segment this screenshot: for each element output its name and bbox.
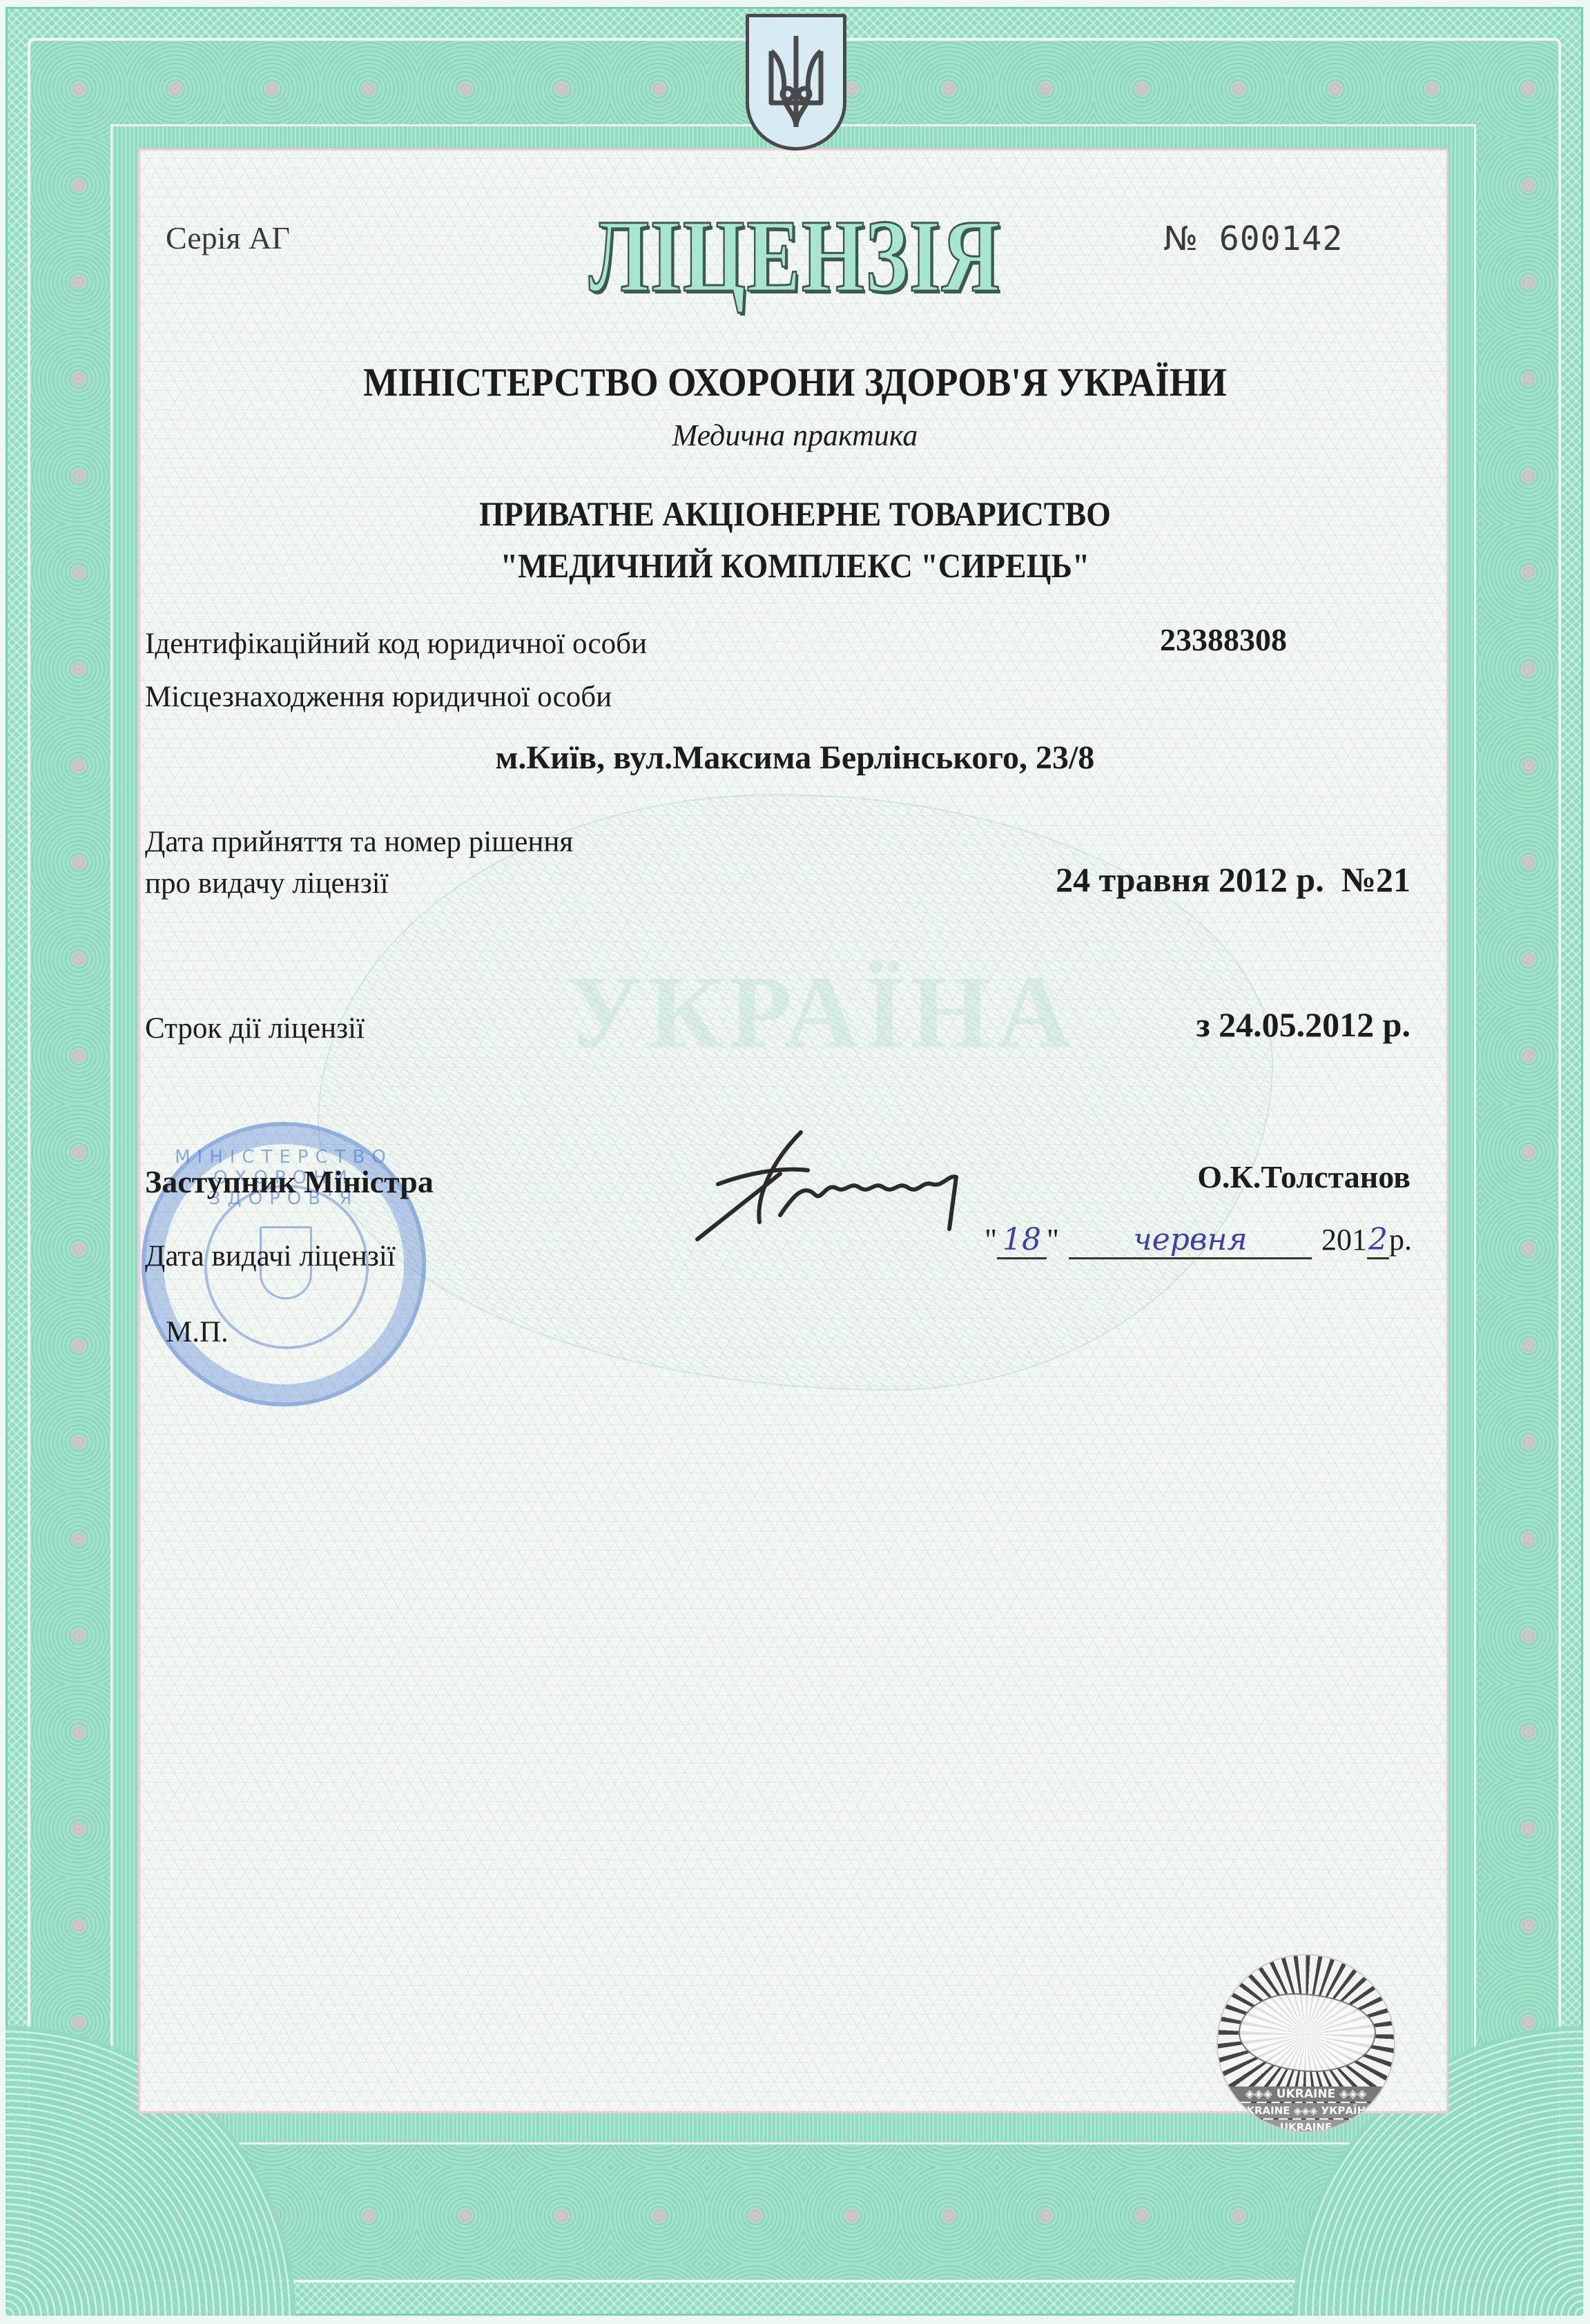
issue-month-handwritten: червня: [1069, 1222, 1312, 1259]
issue-date-value: "18"червня2012р.: [985, 1222, 1412, 1259]
id-code-value: 23388308: [1160, 621, 1287, 658]
hologram-band-1: ◈◈◈ UKRAINE ◈◈◈: [1218, 2086, 1394, 2102]
number-sign: №: [1163, 220, 1199, 258]
quote-open: ": [985, 1223, 997, 1257]
trident-coat-of-arms-icon: [746, 14, 846, 151]
term-label: Строк дії ліцензії: [145, 1011, 365, 1045]
hologram-band-3: ◈◈ UKRAINE ◈◈: [1218, 2120, 1394, 2133]
activity-type: Медична практика: [0, 418, 1590, 453]
handwritten-signature-icon: [677, 1119, 1008, 1250]
issue-day-handwritten: 18: [997, 1222, 1047, 1259]
id-code-label: Ідентифікаційний код юридичної особи: [145, 627, 647, 661]
issuing-authority: МІНІСТЕРСТВО ОХОРОНИ ЗДОРОВ'Я УКРАЇНИ: [64, 359, 1526, 405]
decision-label-line1: Дата прийняття та номер рішення: [145, 825, 573, 859]
issue-year-end: р.: [1389, 1223, 1412, 1257]
decision-value: 24 травня 2012 р. №21: [1056, 860, 1410, 900]
location-value: м.Київ, вул.Максима Берлінського, 23/8: [0, 739, 1590, 777]
hologram-map-icon: [1239, 1993, 1376, 2072]
seal-place-label: М.П.: [166, 1315, 229, 1349]
license-number: № 600142: [1163, 220, 1343, 258]
issue-date-label: Дата видачі ліцензії: [145, 1239, 396, 1273]
location-label: Місцезнаходження юридичної особи: [145, 680, 612, 714]
hologram-band-2: UKRAINE ◈◈◈ УКРАЇНА: [1218, 2103, 1394, 2118]
issue-year-suffix-handwritten: 2: [1367, 1222, 1389, 1259]
trident-icon: [763, 30, 829, 134]
signatory-position: Заступник Міністра: [145, 1163, 434, 1200]
ukraine-hologram-icon: ◈◈◈ UKRAINE ◈◈◈ UKRAINE ◈◈◈ УКРАЇНА ◈◈ U…: [1216, 1954, 1395, 2133]
decision-label-line2: про видачу ліцензії: [145, 866, 389, 900]
issue-year-prefix: 201: [1321, 1223, 1367, 1257]
signatory-name: О.К.Толстанов: [1197, 1159, 1410, 1195]
licensee-name-line2: "МЕДИЧНИЙ КОМПЛЕКС "СИРЕЦЬ": [64, 545, 1526, 585]
licensee-name-line1: ПРИВАТНЕ АКЦІОНЕРНЕ ТОВАРИСТВО: [64, 494, 1526, 534]
license-number-value: 600142: [1219, 220, 1343, 258]
quote-close: ": [1047, 1223, 1059, 1257]
ukraine-watermark-text: УКРАЇНА: [442, 953, 1201, 1072]
term-value: з 24.05.2012 р.: [1196, 1005, 1410, 1045]
